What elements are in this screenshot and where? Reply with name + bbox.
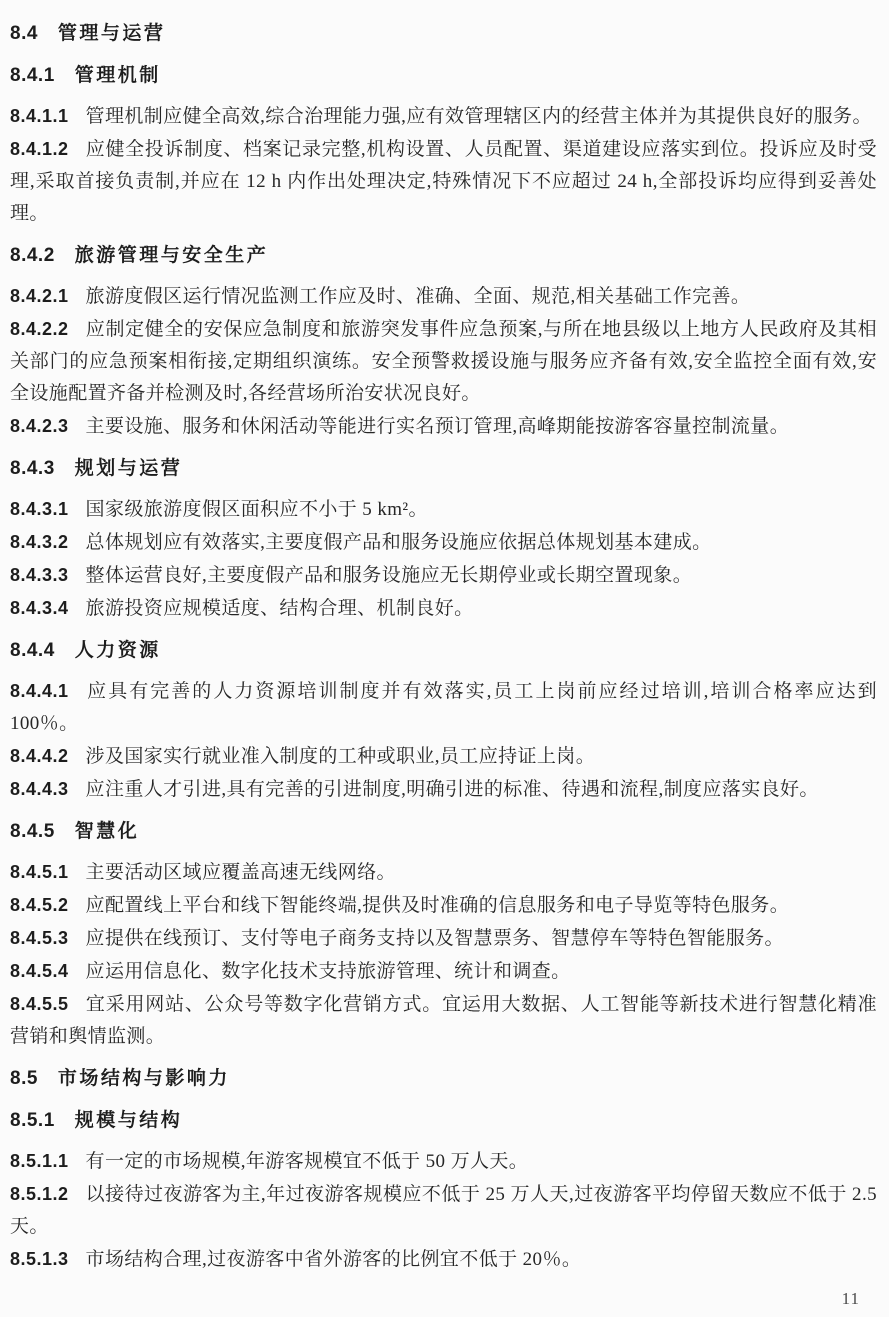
clause-text: 应提供在线预订、支付等电子商务支持以及智慧票务、智慧停车等特色智能服务。 xyxy=(86,928,784,949)
section-number: 8.4.2 xyxy=(10,245,55,266)
clause-text: 应注重人才引进,具有完善的引进制度,明确引进的标准、待遇和流程,制度应落实良好。 xyxy=(86,779,819,800)
clause-8-4-5-4: 8.4.5.4应运用信息化、数字化技术支持旅游管理、统计和调查。 xyxy=(10,955,877,988)
clause-8-4-5-5: 8.4.5.5宜采用网站、公众号等数字化营销方式。宜运用大数据、人工智能等新技术… xyxy=(10,988,877,1053)
clause-text: 以接待过夜游客为主,年过夜游客规模应不低于 25 万人天,过夜游客平均停留天数应… xyxy=(10,1184,877,1237)
clause-text: 应制定健全的安保应急制度和旅游突发事件应急预案,与所在地县级以上地方人民政府及其… xyxy=(10,319,877,404)
section-number: 8.4.5 xyxy=(10,821,55,842)
section-title: 规划与运营 xyxy=(75,458,183,479)
clause-8-4-5-1: 8.4.5.1主要活动区域应覆盖高速无线网络。 xyxy=(10,856,877,889)
clause-8-4-3-2: 8.4.3.2总体规划应有效落实,主要度假产品和服务设施应依据总体规划基本建成。 xyxy=(10,526,877,559)
clause-text: 旅游投资应规模适度、结构合理、机制良好。 xyxy=(86,598,474,619)
section-number: 8.4 xyxy=(10,23,38,44)
clause-8-4-2-3: 8.4.2.3主要设施、服务和休闲活动等能进行实名预订管理,高峰期能按游客容量控… xyxy=(10,410,877,443)
section-title: 市场结构与影响力 xyxy=(58,1068,230,1089)
clause-text: 国家级旅游度假区面积应不小于 5 km²。 xyxy=(86,499,428,520)
clause-8-4-2-1: 8.4.2.1旅游度假区运行情况监测工作应及时、准确、全面、规范,相关基础工作完… xyxy=(10,280,877,313)
section-number: 8.4.3 xyxy=(10,458,55,479)
clause-text: 涉及国家实行就业准入制度的工种或职业,员工应持证上岗。 xyxy=(86,746,596,767)
section-heading-8-5: 8.5市场结构与影响力 xyxy=(10,1063,877,1095)
section-heading-8-4-3: 8.4.3规划与运营 xyxy=(10,453,877,485)
clause-number: 8.4.4.2 xyxy=(10,746,69,766)
clause-text: 总体规划应有效落实,主要度假产品和服务设施应依据总体规划基本建成。 xyxy=(86,532,712,553)
clause-text: 应具有完善的人力资源培训制度并有效落实,员工上岗前应经过培训,培训合格率应达到 … xyxy=(10,681,877,734)
clause-number: 8.4.3.4 xyxy=(10,598,69,618)
section-heading-8-5-1: 8.5.1规模与结构 xyxy=(10,1105,877,1137)
clause-text: 有一定的市场规模,年游客规模宜不低于 50 万人天。 xyxy=(86,1151,529,1172)
clause-number: 8.4.2.1 xyxy=(10,286,69,306)
clause-8-4-2-2: 8.4.2.2应制定健全的安保应急制度和旅游突发事件应急预案,与所在地县级以上地… xyxy=(10,313,877,410)
section-heading-8-4-2: 8.4.2旅游管理与安全生产 xyxy=(10,240,877,272)
clause-number: 8.4.2.3 xyxy=(10,416,69,436)
page-number: 11 xyxy=(842,1289,860,1309)
clause-8-4-1-1: 8.4.1.1管理机制应健全高效,综合治理能力强,应有效管理辖区内的经营主体并为… xyxy=(10,100,877,133)
section-heading-8-4-4: 8.4.4人力资源 xyxy=(10,635,877,667)
section-title: 管理与运营 xyxy=(58,23,166,44)
clause-text: 主要活动区域应覆盖高速无线网络。 xyxy=(86,862,396,883)
clause-number: 8.4.1.2 xyxy=(10,139,69,159)
clause-number: 8.4.5.4 xyxy=(10,961,69,981)
clause-number: 8.4.3.3 xyxy=(10,565,69,585)
clause-8-4-3-4: 8.4.3.4旅游投资应规模适度、结构合理、机制良好。 xyxy=(10,592,877,625)
clause-8-5-1-1: 8.5.1.1有一定的市场规模,年游客规模宜不低于 50 万人天。 xyxy=(10,1145,877,1178)
clause-number: 8.4.3.1 xyxy=(10,499,69,519)
clause-text: 旅游度假区运行情况监测工作应及时、准确、全面、规范,相关基础工作完善。 xyxy=(86,286,751,307)
section-heading-8-4-5: 8.4.5智慧化 xyxy=(10,816,877,848)
clause-8-4-5-2: 8.4.5.2应配置线上平台和线下智能终端,提供及时准确的信息服务和电子导览等特… xyxy=(10,889,877,922)
clause-number: 8.4.2.2 xyxy=(10,319,69,339)
section-number: 8.4.1 xyxy=(10,65,55,86)
clause-8-4-1-2: 8.4.1.2应健全投诉制度、档案记录完整,机构设置、人员配置、渠道建设应落实到… xyxy=(10,133,877,230)
section-number: 8.4.4 xyxy=(10,640,55,661)
clause-text: 应运用信息化、数字化技术支持旅游管理、统计和调查。 xyxy=(86,961,571,982)
section-title: 管理机制 xyxy=(75,65,161,86)
section-heading-8-4-1: 8.4.1管理机制 xyxy=(10,60,877,92)
clause-8-5-1-3: 8.5.1.3市场结构合理,过夜游客中省外游客的比例宜不低于 20％。 xyxy=(10,1243,877,1276)
document-page: 8.4管理与运营 8.4.1管理机制 8.4.1.1管理机制应健全高效,综合治理… xyxy=(0,0,889,1317)
clause-number: 8.4.4.3 xyxy=(10,779,69,799)
section-number: 8.5.1 xyxy=(10,1110,55,1131)
clause-number: 8.5.1.2 xyxy=(10,1184,69,1204)
clause-number: 8.4.3.2 xyxy=(10,532,69,552)
document-content: 8.4管理与运营 8.4.1管理机制 8.4.1.1管理机制应健全高效,综合治理… xyxy=(10,18,877,1276)
clause-text: 宜采用网站、公众号等数字化营销方式。宜运用大数据、人工智能等新技术进行智慧化精准… xyxy=(10,994,877,1047)
section-heading-8-4: 8.4管理与运营 xyxy=(10,18,877,50)
clause-text: 管理机制应健全高效,综合治理能力强,应有效管理辖区内的经营主体并为其提供良好的服… xyxy=(86,106,872,127)
clause-8-4-3-3: 8.4.3.3整体运营良好,主要度假产品和服务设施应无长期停业或长期空置现象。 xyxy=(10,559,877,592)
clause-text: 应健全投诉制度、档案记录完整,机构设置、人员配置、渠道建设应落实到位。投诉应及时… xyxy=(10,139,877,224)
clause-number: 8.4.1.1 xyxy=(10,106,69,126)
section-title: 人力资源 xyxy=(75,640,161,661)
clause-number: 8.5.1.1 xyxy=(10,1151,69,1171)
clause-number: 8.4.5.2 xyxy=(10,895,69,915)
clause-text: 市场结构合理,过夜游客中省外游客的比例宜不低于 20％。 xyxy=(86,1249,582,1270)
clause-number: 8.5.1.3 xyxy=(10,1249,69,1269)
clause-8-4-4-2: 8.4.4.2涉及国家实行就业准入制度的工种或职业,员工应持证上岗。 xyxy=(10,740,877,773)
clause-8-5-1-2: 8.5.1.2以接待过夜游客为主,年过夜游客规模应不低于 25 万人天,过夜游客… xyxy=(10,1178,877,1243)
clause-text: 整体运营良好,主要度假产品和服务设施应无长期停业或长期空置现象。 xyxy=(86,565,693,586)
clause-number: 8.4.5.5 xyxy=(10,994,69,1014)
clause-8-4-5-3: 8.4.5.3应提供在线预订、支付等电子商务支持以及智慧票务、智慧停车等特色智能… xyxy=(10,922,877,955)
clause-number: 8.4.5.1 xyxy=(10,862,69,882)
clause-text: 主要设施、服务和休闲活动等能进行实名预订管理,高峰期能按游客容量控制流量。 xyxy=(86,416,790,437)
clause-text: 应配置线上平台和线下智能终端,提供及时准确的信息服务和电子导览等特色服务。 xyxy=(86,895,790,916)
section-number: 8.5 xyxy=(10,1068,38,1089)
clause-8-4-4-3: 8.4.4.3应注重人才引进,具有完善的引进制度,明确引进的标准、待遇和流程,制… xyxy=(10,773,877,806)
section-title: 规模与结构 xyxy=(75,1110,183,1131)
clause-number: 8.4.4.1 xyxy=(10,681,69,701)
clause-8-4-3-1: 8.4.3.1国家级旅游度假区面积应不小于 5 km²。 xyxy=(10,493,877,526)
clause-8-4-4-1: 8.4.4.1应具有完善的人力资源培训制度并有效落实,员工上岗前应经过培训,培训… xyxy=(10,675,877,740)
clause-number: 8.4.5.3 xyxy=(10,928,69,948)
section-title: 智慧化 xyxy=(75,821,140,842)
section-title: 旅游管理与安全生产 xyxy=(75,245,269,266)
